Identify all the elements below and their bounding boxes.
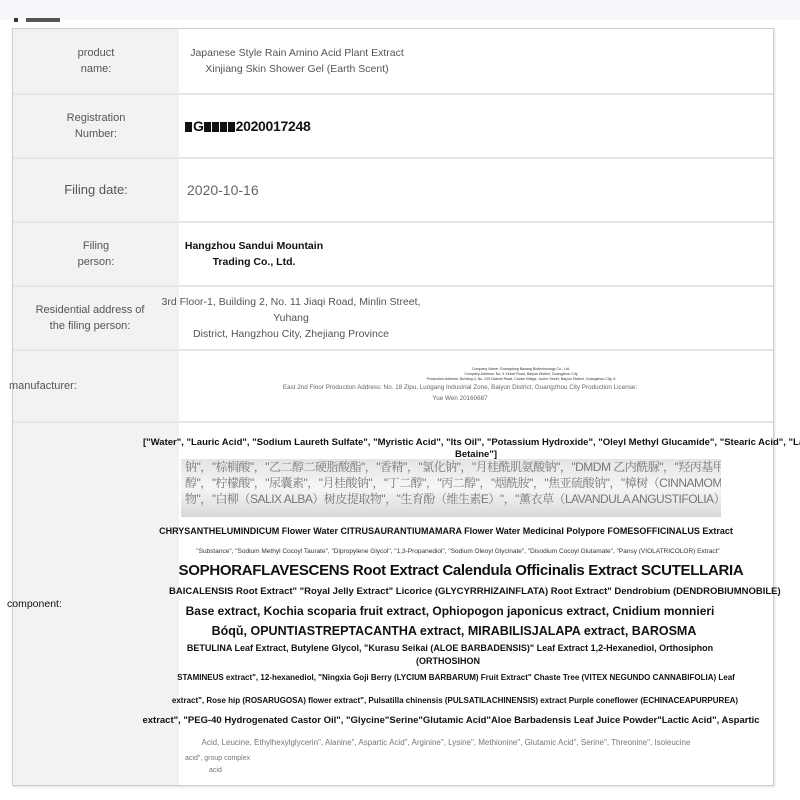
label-line: Filing [78, 238, 115, 254]
component-line: BAICALENSIS Root Extract" "Royal Jelly E… [169, 584, 773, 600]
row-registration-number: RegistrationNumber: G2020017248 [13, 95, 773, 159]
label-manufacturer: manufacturer: [9, 351, 175, 421]
component-zh-line: 钠"，"棕榈酸"，"乙二醇二硬脂酸酯"，"香精"，"氯化钠"，"月桂酰肌氨酸钠"… [181, 459, 721, 475]
value-product-name: Japanese Style Rain Amino Acid Plant Ext… [179, 29, 773, 93]
value-line: Hangzhou Sandui Mountain [179, 238, 329, 254]
component-line: "Substance", "Sodium Methyl Cocoyl Taura… [143, 544, 773, 560]
missing-glyph-icon [212, 122, 219, 132]
value-line: Xinjiang Skin Shower Gel (Earth Scent) [167, 61, 427, 77]
value-registration-number: G2020017248 [179, 95, 773, 157]
reg-prefix: G [193, 118, 204, 134]
row-component: component: ["Water", "Lauric Acid", "Sod… [13, 423, 773, 785]
value-residential-address: 3rd Floor-1, Building 2, No. 11 Jiaqi Ro… [179, 287, 773, 349]
component-line: (ORTHOSIHON [123, 653, 773, 669]
component-zh-line: 物"，"白柳（SALIX ALBA）树皮提取物"，"生育酚（维生素E）"，"薰衣… [181, 491, 721, 507]
manufacturer-production-address: Production Address: Building 4, No. 225 … [224, 375, 800, 383]
filing-date-text: 2020-10-16 [187, 182, 259, 198]
component-line: Acid, Leucine, Ethylhexylglycerin", Alan… [119, 735, 773, 751]
label-line: product [78, 45, 115, 61]
value-line: 3rd Floor-1, Building 2, No. 11 Jiaqi Ro… [161, 294, 421, 326]
label-line: name: [78, 61, 115, 77]
value-line: District, Hangzhou City, Zhejiang Provin… [161, 326, 421, 342]
label-filing-person: Filingperson: [13, 223, 179, 285]
row-filing-date: Filing date: 2020-10-16 [13, 159, 773, 223]
missing-glyph-icon [220, 122, 227, 132]
label-line: person: [78, 254, 115, 270]
label-line: Filing date: [64, 182, 128, 198]
value-filing-person: Hangzhou Sandui Mountain Trading Co., Lt… [179, 223, 773, 285]
value-filing-date: 2020-10-16 [179, 159, 773, 221]
value-line: Trading Co., Ltd. [179, 254, 329, 270]
label-line: Number: [67, 126, 126, 142]
label-registration-number: RegistrationNumber: [13, 95, 179, 157]
manufacturer-address-line: East 2nd Floor Production Address: No. 1… [163, 383, 757, 393]
label-line: Registration [67, 110, 126, 126]
missing-glyph-icon [228, 122, 235, 132]
missing-glyph-icon [185, 122, 192, 132]
reg-number: 2020017248 [236, 118, 311, 134]
top-bar [0, 0, 800, 20]
row-residential-address: Residential address ofthe filing person:… [13, 287, 773, 351]
label-line: Residential address of [1, 302, 179, 318]
row-product-name: productname: Japanese Style Rain Amino A… [13, 29, 773, 95]
filing-info-table: productname: Japanese Style Rain Amino A… [12, 28, 774, 786]
label-filing-date: Filing date: [13, 159, 179, 221]
bullet-icon [14, 18, 18, 22]
header-tag [14, 18, 60, 24]
missing-glyph-icon [204, 122, 211, 132]
component-line: extract", "PEG-40 Hydrogenated Castor Oi… [129, 713, 773, 729]
component-line: SOPHORAFLAVESCENS Root Extract Calendula… [149, 563, 773, 579]
component-line: Bóqǔ, OPUNTIASTREPTACANTHA extract, MIRA… [135, 623, 773, 639]
label-line: manufacturer: [9, 378, 77, 394]
header-tag-text-redacted [26, 18, 60, 22]
component-line: extract", Rose hip (ROSARUGOSA) flower e… [137, 693, 773, 709]
label-product-name: productname: [13, 29, 179, 93]
row-manufacturer: manufacturer: Company Name: Guangdong Ba… [13, 351, 773, 423]
manufacturer-license: Yue Wen 20160687 [163, 394, 757, 404]
label-line: component: [7, 596, 62, 612]
value-line: Japanese Style Rain Amino Acid Plant Ext… [167, 45, 427, 61]
label-residential-address: Residential address ofthe filing person: [1, 287, 179, 349]
value-manufacturer: Company Name: Guangdong Bazang Biotechno… [179, 351, 773, 421]
component-line: CHRYSANTHELUMINDICUM Flower Water CITRUS… [119, 523, 773, 539]
component-chinese-image-strip: 钠"，"棕榈酸"，"乙二醇二硬脂酸酯"，"香精"，"氯化钠"，"月桂酰肌氨酸钠"… [181, 459, 721, 517]
component-line: Base extract, Kochia scoparia fruit extr… [127, 603, 773, 619]
value-component: ["Water", "Lauric Acid", "Sodium Laureth… [179, 423, 773, 785]
component-zh-line: 醇"，"柠檬酸"，"尿囊素"，"月桂酸钠"，"丁二醇"，"丙二醇"，"烟酰胺"，… [181, 475, 721, 491]
row-filing-person: Filingperson: Hangzhou Sandui Mountain T… [13, 223, 773, 287]
label-line: the filing person: [1, 318, 179, 334]
component-line: acid [209, 763, 222, 779]
component-line: STAMINEUS extract", 12-hexanediol, "Ning… [139, 670, 773, 686]
